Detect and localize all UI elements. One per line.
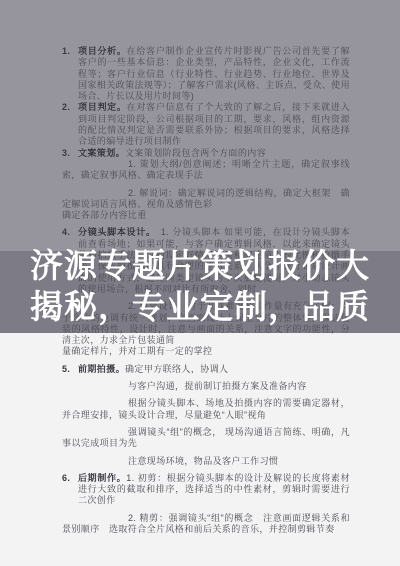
item-heading: 前期拍摄。: [78, 364, 125, 374]
document-page: 1.项目分析。在给客户制作企业宣传片时影视广告公司首先要了解客户的一些基本信息：…: [0, 0, 400, 566]
doc-paragraph: 项目分析。在给客户制作企业宣传片时影视广告公司首先要了解客户的一些基本信息：企业…: [78, 46, 350, 102]
item-number: 1.: [62, 46, 70, 57]
doc-item: 5.前期拍摄。确定甲方联络人，协调人与客户沟通，提前制订拍摄方案及准备内容根据分…: [62, 364, 350, 467]
item-number: 4.: [62, 227, 70, 238]
item-number: 3.: [62, 148, 70, 159]
item-heading: 文案策划。: [78, 148, 125, 158]
doc-item: 1.项目分析。在给客户制作企业宣传片时影视广告公司首先要了解客户的一些基本信息：…: [62, 46, 350, 102]
doc-paragraph: 后期制作。1. 初剪：根据分镜头脚本的设计及解说的长度将素材进行大致的截取和排序…: [78, 473, 350, 507]
item-heading: 分镜头脚本设计。: [78, 227, 151, 237]
doc-item: 2.项目判定。在对客户信息有了个大致的了解之后，接下来就进入到项目判定阶段，公司…: [62, 102, 350, 147]
item-number: 2.: [62, 102, 70, 113]
doc-paragraph: 确定各部分内容比重: [62, 210, 350, 221]
watermark-title-line2: 揭秘，专业定制，品质: [0, 286, 400, 327]
doc-paragraph: 注意现场环境，物品及客户工作习惯: [62, 456, 350, 467]
doc-paragraph: 2. 精剪：强调镜头“组”的概念 注意画面逻辑关系和景别顺序 选取符合全片风格和…: [62, 513, 350, 536]
item-heading: 项目判定。: [78, 102, 127, 112]
doc-paragraph: 与客户沟通，提前制订拍摄方案及准备内容: [62, 381, 350, 392]
watermark-title-line1: 济源专题片策划报价大: [0, 245, 400, 286]
item-heading: 项目分析。: [78, 46, 127, 56]
item-number: 5.: [62, 364, 70, 375]
doc-paragraph: 量确定样片，并对工期有一定的掌控: [62, 346, 350, 357]
doc-item: 3.文案策划。文案策划阶段包含两个方面的内容1. 策划大纲/创意阐述；明晰全片主…: [62, 148, 350, 222]
doc-paragraph: 项目判定。在对客户信息有了个大致的了解之后，接下来就进入到项目判定阶段，公司根据…: [78, 102, 350, 147]
item-heading: 后期制作。: [78, 473, 126, 483]
doc-paragraph: 强调镜头“组”的概念， 现场沟通语言简练、明确，凡事以完成项目为先: [62, 427, 350, 450]
item-number: 6.: [62, 473, 70, 484]
doc-paragraph: 2. 解说词：确定解说词的逻辑结构，确定大框架 确定解说词语言风格、视角及感情色…: [62, 188, 350, 211]
doc-item: 6.后期制作。1. 初剪：根据分镜头脚本的设计及解说的长度将素材进行大致的截取和…: [62, 473, 350, 535]
watermark-title: 济源专题片策划报价大 揭秘，专业定制，品质: [0, 245, 400, 327]
doc-paragraph: 根据分镜头脚本、场地及拍摄内容的需要确定器材，并合理安排，镜头设计合理，尽量避免…: [62, 398, 350, 421]
doc-paragraph: 文案策划。文案策划阶段包含两个方面的内容: [78, 148, 350, 159]
doc-paragraph: 前期拍摄。确定甲方联络人，协调人: [78, 364, 350, 375]
doc-paragraph: 1. 策划大纲/创意阐述；明晰全片主题，确定叙事线索，确定叙事风格、确定表现手法: [62, 159, 350, 182]
